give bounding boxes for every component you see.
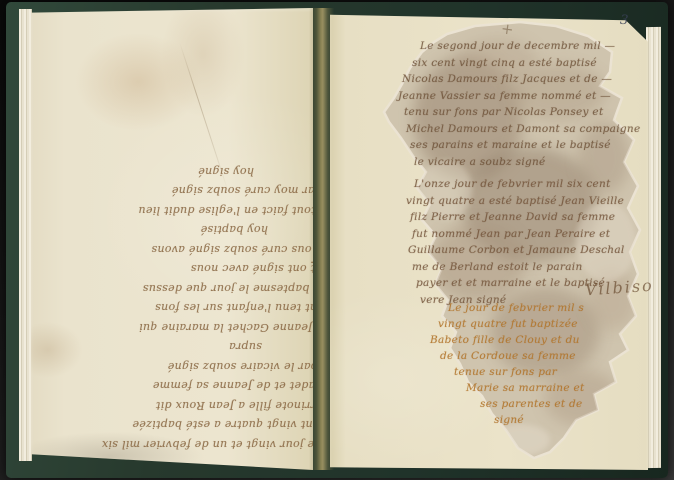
fragment-paragraph-1: Le segond jour de decembre mil — six cen… [398, 38, 640, 170]
handwriting-line: me de Berland estoit le parain [412, 259, 644, 276]
handwriting-line: Le jour de febvrier mil s [448, 300, 642, 316]
page-number: 3 [619, 13, 628, 29]
handwriting-line: le vicaire a soubz signé [414, 154, 640, 171]
handwriting-line: Marie sa marraine et [466, 380, 642, 396]
handwriting-line: signé [494, 412, 642, 428]
handwriting-line: et Jeanne Gachet la maraine qui [64, 318, 328, 338]
handwriting-line: ont tenu l'enfant sur les fons [64, 298, 324, 318]
handwriting-line: filz Pierre et Jeanne David sa femme [410, 209, 644, 226]
cross-mark: + [500, 19, 515, 39]
handwriting-line: Babeto fille de Clouy et du [430, 332, 642, 348]
handwriting-line: vingt quatre fut baptizée [438, 316, 642, 332]
fragment-paragraph-3: Le jour de febvrier mil s vingt quatre f… [430, 300, 642, 428]
handwriting-line: ses parains et maraine et le baptisé [410, 137, 640, 154]
handwriting-line: tenu sur fons par Nicolas Ponsey et [404, 104, 640, 121]
handwriting-line: cent vingt quatre a esté baptizée [64, 415, 326, 435]
handwriting-line: supra [64, 337, 262, 357]
handwriting-line: Michel Damours et Damont sa compaigne [406, 121, 640, 138]
handwriting-line: par le vicaire soubz signé [64, 357, 318, 377]
handwriting-line: Jeanne Vassier sa femme nommé et — [398, 88, 640, 105]
handwriting-line: Guillaume Corbon et Jamaune Deschal [408, 242, 644, 259]
handwriting-line: Ce jour vingt et un de febvrier mil six [64, 435, 332, 455]
handwriting-line: Le segond jour de decembre mil — [420, 38, 640, 55]
photo-background: Ce jour vingt et un de febvrier mil six … [0, 0, 674, 480]
handwriting-line: Perrinote fille a Jean Roux dit [64, 396, 330, 416]
handwriting-line: Nicolas Damours filz Jacques et de — [402, 71, 640, 88]
handwriting-line: hoy baptisé [64, 220, 268, 240]
left-page-edge-stack [19, 9, 32, 461]
handwriting-line: Cadet et de Jeanne sa femme [64, 376, 324, 396]
handwriting-line: hoy signé [64, 162, 254, 182]
handwriting-line: le tout faict en l'eglise dudit lieu [64, 201, 330, 221]
handwriting-line: six cent vingt cinq a esté baptisé [412, 55, 640, 72]
handwriting-line: vingt quatre a esté baptisé Jean Vieille [406, 193, 644, 210]
left-page: Ce jour vingt et un de febvrier mil six … [31, 8, 313, 470]
handwriting-line: de la Cordoue sa femme [440, 348, 642, 364]
right-page-edge-stack [646, 27, 661, 468]
handwriting-line: du baptesme le jour que dessus [64, 279, 328, 299]
handwriting-line: ses parentes et de [480, 396, 642, 412]
handwriting-line: et ont signé avec nous [64, 259, 322, 279]
handwriting-line: par moy curé soubz signé [64, 181, 322, 201]
handwriting-line: fut nommé Jean par Jean Peraire et [412, 226, 644, 243]
handwriting-line: Nous curé soubz signé avons [64, 240, 332, 260]
left-page-handwriting: Ce jour vingt et un de febvrier mil six … [64, 156, 332, 454]
handwriting-line: L'onze jour de febvrier mil six cent [414, 176, 644, 193]
handwriting-line: tenue sur fons par [454, 364, 642, 380]
